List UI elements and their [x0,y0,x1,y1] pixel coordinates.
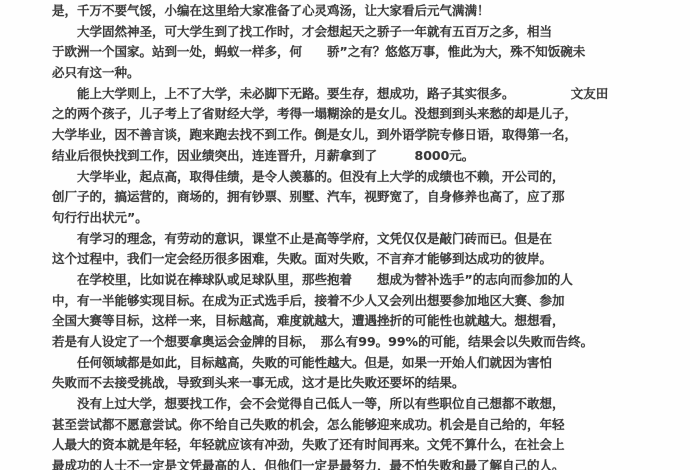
text-line: 能上大学则上，上不了大学，未必脚下无路。要生存，想成功，路子其实很多。 文友田 [52,84,672,105]
text-line: 没有上过大学，想要找工作，会不会觉得自己低人一等，所以有些职位自己想都不敢想， [52,394,672,415]
document-page: 是，千万不要气馁，小编在这里给大家准备了心灵鸡汤，让大家看后元气满满！ 大学固然… [0,0,700,470]
text-line: 必只有这一种。 [52,63,672,84]
text-line: 中，有一半能够实现目标。在成为正式选手后，接着不少人又会列出想要参加地区大赛、参… [52,291,672,312]
text-line: 是，千万不要气馁，小编在这里给大家准备了心灵鸡汤，让大家看后元气满满！ [52,1,672,22]
text-line: 最成功的人士不一定是文凭最高的人，但他们一定是最努力，最不怕失败和最了解自己的人… [52,456,672,470]
text-line: 之的两个孩子，儿子考上了省财经大学，考得一塌糊涂的是女儿。没想到到头来愁的却是儿… [52,104,672,125]
text-line: 全国大赛等目标，这样一来，目标越高，难度就越大，遭遇挫折的可能性也就越大。想想看… [52,311,672,332]
text-line: 句行行出状元”。 [52,208,672,229]
text-line: 这个过程中，我们一定会经历很多困难，失败。面对失败，不言弃才能够到达成功的彼岸。 [52,249,672,270]
text-line: 若是有人设定了一个想要拿奥运会金牌的目标， 那么有99。99%的可能，结果会以失… [52,332,672,353]
text-line: 大学毕业，因不善言谈，跑来跑去找不到工作。倒是女儿，到外语学院专修日语，取得第一… [52,125,672,146]
text-line: 大学固然神圣，可大学生到了找工作时，才会想起天之骄子一年就有五百万之多，相当 [52,22,672,43]
text-line: 失败而不去接受挑战，导致到头来一事无成，这才是比失败还要坏的结果。 [52,373,672,394]
text-line: 人最大的资本就是年轻，年轻就应该有冲劲，失败了还有时间再来。文凭不算什么，在社会… [52,435,672,456]
text-line: 大学毕业，起点高，取得佳绩，是令人羡慕的。但没有上大学的成绩也不赖，开公司的， [52,167,672,188]
text-line: 创厂子的，搞运营的，商场的，拥有钞票、别墅、汽车，视野宽了，自身修养也高了，应了… [52,187,672,208]
text-line: 任何领域都是如此，目标越高，失败的可能性越大。但是，如果一开始人们就因为害怕 [52,353,672,374]
article-text: 是，千万不要气馁，小编在这里给大家准备了心灵鸡汤，让大家看后元气满满！ 大学固然… [52,1,672,470]
text-line: 结业后很快找到工作，因业绩突出，连连晋升，月薪拿到了 8000元。 [52,146,672,167]
text-line: 于欧洲一个国家。站到一处，蚂蚁一样多，何 骄”之有？悠悠万事，惟此为大，殊不知饭… [52,42,672,63]
text-line: 有学习的理念，有劳动的意识，课堂不止是高等学府，文凭仅仅是敲门砖而已。但是在 [52,229,672,250]
text-line: 在学校里，比如说在棒球队或足球队里，那些抱着 想成为替补选手”的志向而参加的人 [52,270,672,291]
text-line: 甚至尝试都不愿意尝试。你不给自己失败的机会，怎么能够迎来成功。机会是自己给的，年… [52,415,672,436]
